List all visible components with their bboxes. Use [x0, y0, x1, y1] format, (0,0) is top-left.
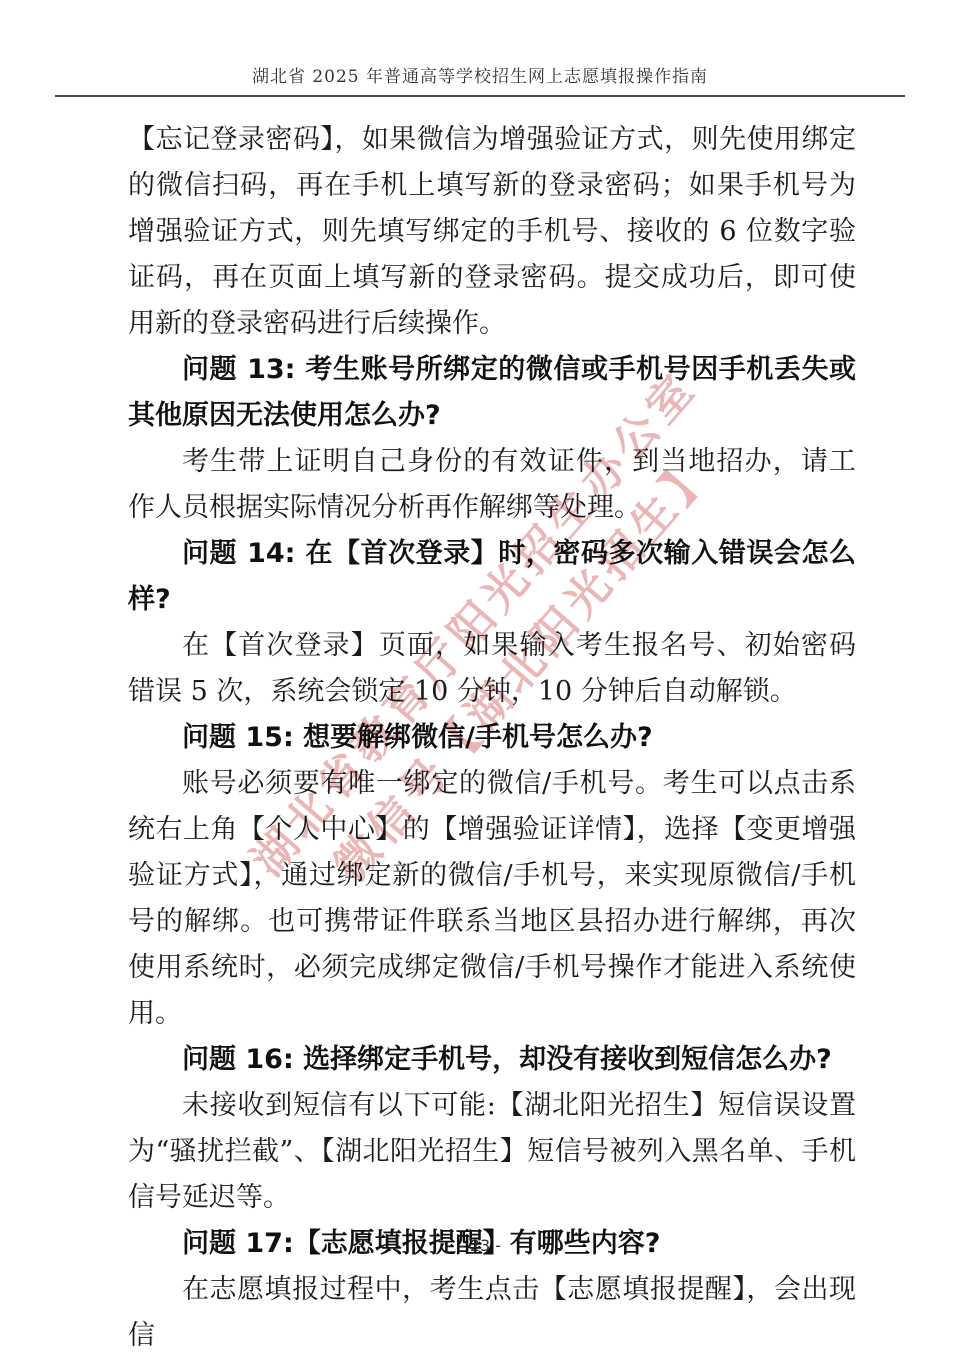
page-header-title: 湖北省 2025 年普通高等学校招生网上志愿填报操作指南	[55, 62, 905, 87]
question-13-heading: 问题 13: 考生账号所绑定的微信或手机号因手机丢失或其他原因无法使用怎么办?	[128, 347, 856, 439]
question-14-heading: 问题 14: 在【首次登录】时，密码多次输入错误会怎么样?	[128, 531, 856, 623]
question-16-answer: 未接收到短信有以下可能:【湖北阳光招生】短信误设置为“骚扰拦截”、【湖北阳光招生…	[128, 1083, 856, 1221]
page-number: - 23 -	[0, 1236, 960, 1255]
paragraph-forgot-password: 【忘记登录密码】，如果微信为增强验证方式，则先使用绑定的微信扫码，再在手机上填写…	[128, 117, 856, 347]
question-17-answer: 在志愿填报过程中，考生点击【志愿填报提醒】，会出现信	[128, 1267, 856, 1357]
header-divider-line	[55, 95, 905, 97]
question-16-heading: 问题 16: 选择绑定手机号，却没有接收到短信怎么办?	[128, 1037, 856, 1083]
document-body: 【忘记登录密码】，如果微信为增强验证方式，则先使用绑定的微信扫码，再在手机上填写…	[128, 117, 856, 1357]
question-14-answer: 在【首次登录】页面，如果输入考生报名号、初始密码错误 5 次，系统会锁定 10 …	[128, 623, 856, 715]
document-page: 湖北省 2025 年普通高等学校招生网上志愿填报操作指南 【忘记登录密码】，如果…	[0, 0, 960, 1357]
question-15-answer: 账号必须要有唯一绑定的微信/手机号。考生可以点击系统右上角【个人中心】的【增强验…	[128, 761, 856, 1037]
question-13-answer: 考生带上证明自己身份的有效证件，到当地招办，请工作人员根据实际情况分析再作解绑等…	[128, 439, 856, 531]
question-15-heading: 问题 15: 想要解绑微信/手机号怎么办?	[128, 715, 856, 761]
